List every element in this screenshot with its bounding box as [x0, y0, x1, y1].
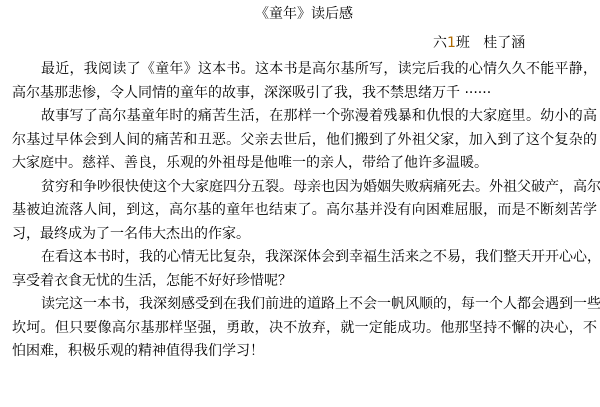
- paragraph-line: 习，最终成为了一名伟大杰出的作家。: [12, 223, 597, 247]
- paragraph-line: 基被迫流落人间，到这，高尔基的童年也结束了。高尔基并没有向困难屈服，而是不断刻苦…: [12, 199, 597, 223]
- paragraph-line: 享受着衣食无忧的生活，怎能不好好珍惜呢？: [12, 270, 597, 294]
- paragraph-line: 高尔基那悲惨，令人同情的童年的故事，深深吸引了我，我不禁思绪万千 ······: [12, 82, 597, 106]
- paragraph-4: 在看这本书时，我的心情无比复杂，我深深体会到幸福生活来之不易，我们整天开开心心，…: [12, 246, 597, 293]
- paragraph-line: 尔基过早体会到人间的痛苦和丑恶。父亲去世后，他们搬到了外祖父家，加入到了这个复杂…: [12, 129, 597, 153]
- class-suffix: 班: [456, 35, 470, 51]
- paragraph-2: 故事写了高尔基童年时的痛苦生活，在那样一个弥漫着残暴和仇恨的大家庭里。幼小的高 …: [12, 105, 597, 176]
- essay-body: 最近，我阅读了《童年》这本书。这本书是高尔基所写，读完后我的心情久久不能平静， …: [12, 58, 597, 364]
- class-number: 1: [447, 35, 456, 51]
- author-name: 桂了涵: [483, 35, 525, 51]
- paragraph-line: 大家庭中。慈祥、善良，乐观的外祖母是他唯一的亲人，带给了他许多温暖。: [12, 152, 597, 176]
- paragraph-line: 在看这本书时，我的心情无比复杂，我深深体会到幸福生活来之不易，我们整天开开心心，: [12, 246, 597, 270]
- paragraph-line: 贫穷和争吵很快使这个大家庭四分五裂。母亲也因为婚姻失败病痛死去。外祖父破产，高尔: [12, 176, 597, 200]
- paragraph-3: 贫穷和争吵很快使这个大家庭四分五裂。母亲也因为婚姻失败病痛死去。外祖父破产，高尔…: [12, 176, 597, 247]
- grade-label: 六: [433, 35, 447, 51]
- paragraph-line: 怕困难，积极乐观的精神值得我们学习！: [12, 340, 597, 364]
- paragraph-line: 最近，我阅读了《童年》这本书。这本书是高尔基所写，读完后我的心情久久不能平静，: [12, 58, 597, 82]
- author-byline: 六1班 桂了涵: [433, 34, 525, 52]
- essay-title: 《童年》读后感: [0, 5, 600, 23]
- paragraph-5: 读完这一本书，我深刻感受到在我们前进的道路上不会一帆风顺的，每一个人都会遇到一些…: [12, 293, 597, 364]
- paragraph-1: 最近，我阅读了《童年》这本书。这本书是高尔基所写，读完后我的心情久久不能平静， …: [12, 58, 597, 105]
- paragraph-line: 故事写了高尔基童年时的痛苦生活，在那样一个弥漫着残暴和仇恨的大家庭里。幼小的高: [12, 105, 597, 129]
- byline-separator: [470, 35, 483, 51]
- paragraph-line: 坎坷。但只要像高尔基那样坚强，勇敢，决不放弃，就一定能成功。他那坚持不懈的决心，…: [12, 317, 597, 341]
- paragraph-line: 读完这一本书，我深刻感受到在我们前进的道路上不会一帆风顺的，每一个人都会遇到一些: [12, 293, 597, 317]
